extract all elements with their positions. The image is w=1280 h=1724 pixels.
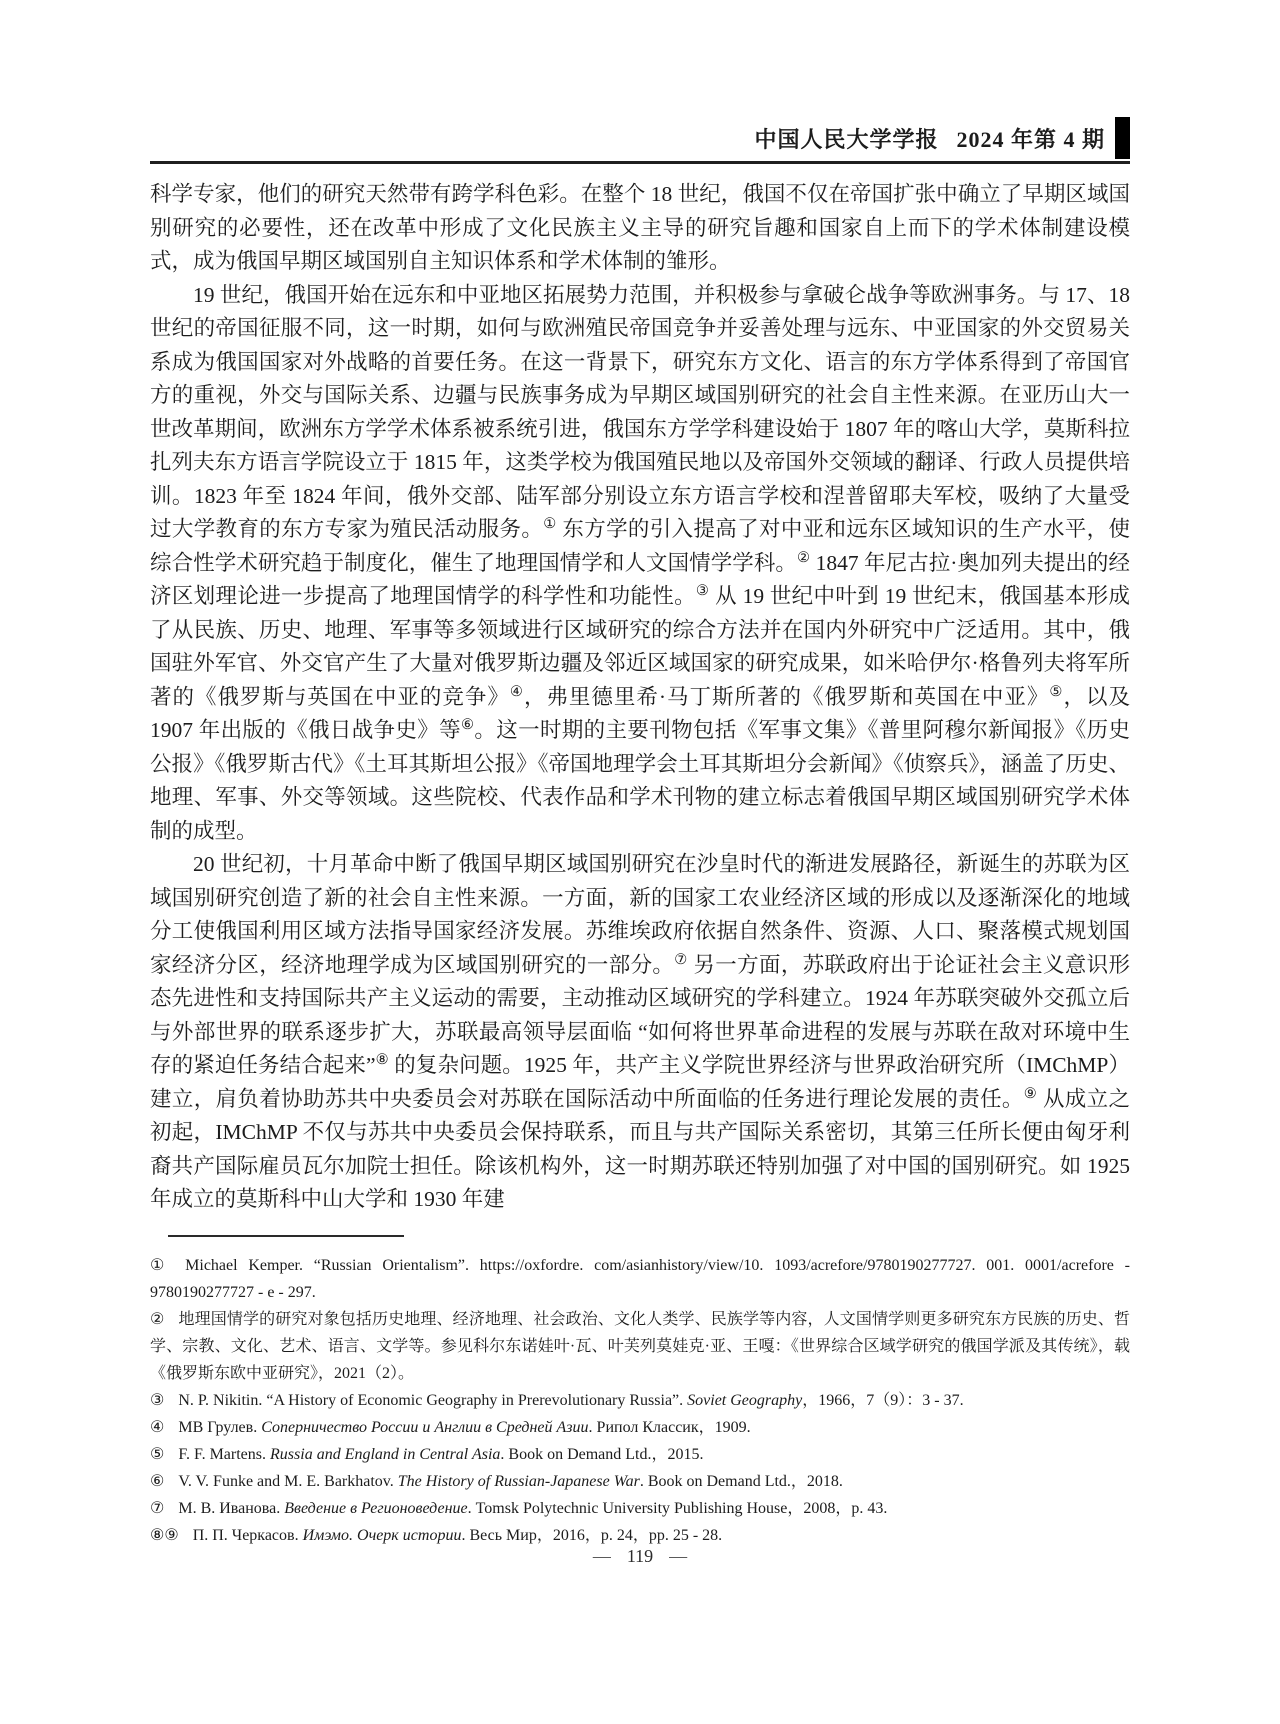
footnote-text: Michael Kemper. “Russian Orientalism”. h… [150,1257,1130,1301]
footnote-text: . Book on Demand Ltd.，2018. [640,1473,843,1490]
footnote-marker: ① [150,1257,171,1274]
footnote-marker: ④ [150,1419,164,1436]
footnotes-section: ①Michael Kemper. “Russian Orientalism”. … [150,1252,1130,1549]
footnote-ref: ② [797,549,810,565]
issue-label: 2024 年第 4 期 [956,123,1105,154]
footnote-text: ，1966，7（9）：3 - 37. [802,1392,963,1409]
footnote-text: N. P. Nikitin. “A History of Economic Ge… [178,1392,687,1409]
footnote: ④МВ Грулев. Соперничество России и Англи… [150,1414,1130,1441]
footnote-title-italic: Имэмо. Очерк истории [303,1527,462,1544]
journal-page: 中国人民大学学报 2024 年第 4 期 科学专家，他们的研究天然带有跨学科色彩… [0,0,1280,1724]
body-paragraph: 20 世纪初，十月革命中断了俄国早期区域国别研究在沙皇时代的渐进发展路径，新诞生… [150,848,1130,1217]
footnote-title-italic: The History of Russian-Japanese War [398,1473,640,1490]
header-end-bar [1115,117,1130,159]
footnote-text: . Book on Demand Ltd.，2015. [500,1446,703,1463]
footnote-marker: ② [150,1311,164,1328]
footnote-ref: ⑨ [1024,1085,1037,1101]
footer-dash-left: — [593,1546,611,1566]
footnote-marker: ⑥ [150,1473,164,1490]
footnote: ⑦М. В. Иванова. Введение в Регионоведени… [150,1495,1130,1522]
footnote-title-italic: Russia and England in Central Asia [270,1446,500,1463]
footnote-ref: ③ [696,583,709,599]
footnote-marker: ⑧⑨ [150,1527,179,1544]
footnote-ref: ⑥ [461,717,474,733]
page-header: 中国人民大学学报 2024 年第 4 期 [150,116,1130,160]
footnote-marker: ③ [150,1392,164,1409]
footnote: ③N. P. Nikitin. “A History of Economic G… [150,1387,1130,1414]
footer-dash-right: — [669,1546,687,1566]
footnote-text: 地理国情学的研究对象包括历史地理、经济地理、社会政治、文化人类学、民族学等内容，… [150,1311,1130,1382]
footnote: ①Michael Kemper. “Russian Orientalism”. … [150,1252,1130,1306]
footnote-marker: ⑤ [150,1446,164,1463]
page-footer: —119— [150,1546,1130,1567]
footnote-text: . Рипол Классик，1909. [589,1419,751,1436]
footnote-ref: ⑦ [674,951,687,967]
footnote: ⑥V. V. Funke and M. E. Barkhatov. The Hi… [150,1468,1130,1495]
footnote-separator [168,1235,404,1237]
footnote-text: F. F. Martens. [178,1446,270,1463]
footnote-title-italic: Соперничество России и Англии в Средней … [261,1419,588,1436]
header-rule [150,161,1130,164]
footnote-ref: ⑧ [376,1052,389,1068]
footnote-text: М. В. Иванова. [178,1500,284,1517]
page-number: 119 [627,1546,653,1566]
journal-title: 中国人民大学学报 [754,123,938,154]
body-paragraph: 科学专家，他们的研究天然带有跨学科色彩。在整个 18 世纪，俄国不仅在帝国扩张中… [150,178,1130,279]
footnote-ref: ④ [510,683,524,699]
footnote-text: . Tomsk Polytechnic University Publishin… [468,1500,888,1517]
footnote: ⑧⑨П. П. Черкасов. Имэмо. Очерк истории. … [150,1522,1130,1549]
article-body: 科学专家，他们的研究天然带有跨学科色彩。在整个 18 世纪，俄国不仅在帝国扩张中… [150,178,1130,1230]
footnote: ②地理国情学的研究对象包括历史地理、经济地理、社会政治、文化人类学、民族学等内容… [150,1306,1130,1387]
footnote-text: . Весь Мир，2016，p. 24，pp. 25 - 28. [461,1527,722,1544]
footnote-text: V. V. Funke and M. E. Barkhatov. [178,1473,397,1490]
footnote-marker: ⑦ [150,1500,164,1517]
footnote-title-italic: Soviet Geography [687,1392,802,1409]
footnote-ref: ① [543,516,556,532]
footnote-text: МВ Грулев. [178,1419,261,1436]
footnote-text: П. П. Черкасов. [193,1527,303,1544]
footnote-ref: ⑤ [1049,683,1063,699]
footnote: ⑤F. F. Martens. Russia and England in Ce… [150,1441,1130,1468]
footnote-title-italic: Введение в Регионоведение [284,1500,467,1517]
body-paragraph: 19 世纪，俄国开始在远东和中亚地区拓展势力范围，并积极参与拿破仑战争等欧洲事务… [150,279,1130,849]
